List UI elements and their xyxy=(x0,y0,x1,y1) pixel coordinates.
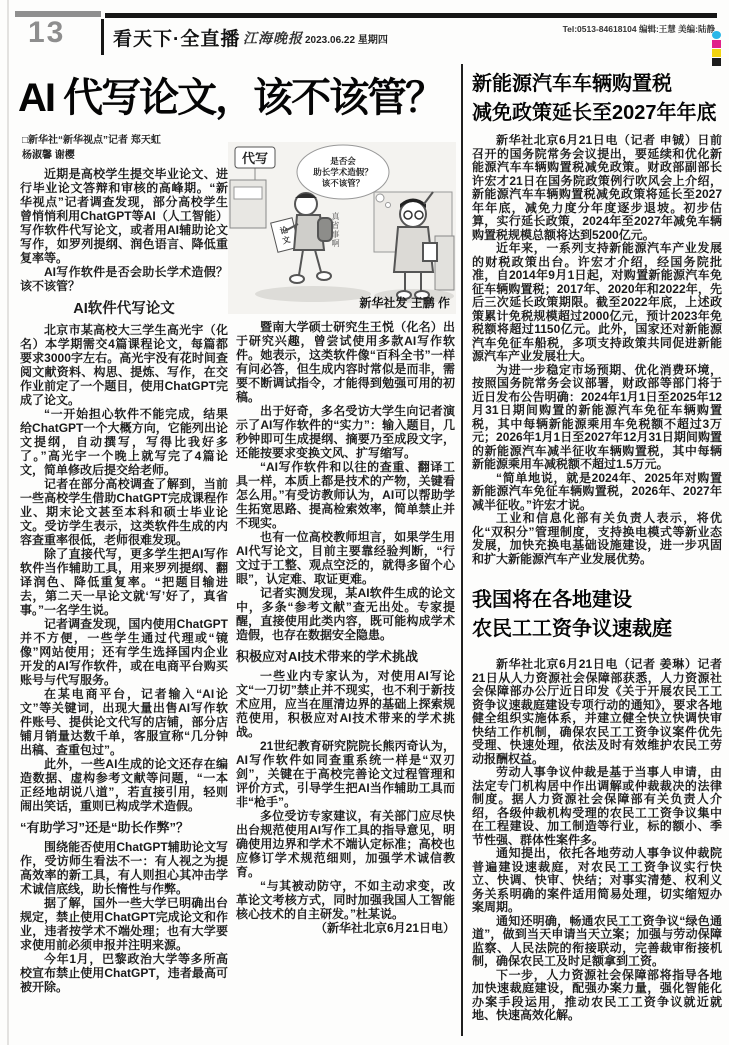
article-paragraph: 记者在部分高校调查了解到，当前一些高校学生借助ChatGPT完成课程作业、期末论… xyxy=(20,477,228,547)
right-article-1-headline: 新能源汽车车辆购置税 减免政策延长至2027年年底 xyxy=(472,70,724,128)
bubble-text-line2: 助长学术造假？ xyxy=(312,167,373,177)
editorial-cartoon: 代写 论 文 是否会 助长学术造假？ 该不该管？ xyxy=(228,142,456,314)
newspaper-page: { "header": { "page_number": "13", "sect… xyxy=(0,0,729,1045)
article-column-2: 暨南大学硕士研究生王悦（化名）出于研究兴趣，曾尝试使用多款AI写作软件。她表示，… xyxy=(236,320,455,1012)
article-paragraph: “与其被动防守，不如主动求变，改革论文考核方式，同时加强我国人工智能核心技术的自… xyxy=(236,879,455,921)
headline-line1: 新能源汽车车辆购置税 xyxy=(472,70,724,99)
article-paragraph: （新华社北京6月21日电） xyxy=(236,921,455,935)
article-paragraph: 也有一位高校教师坦言，如果学生用AI代写论文，目前主要靠经验判断，“行文过于工整… xyxy=(236,530,455,586)
article-paragraph: 暨南大学硕士研究生王悦（化名）出于研究兴趣，曾尝试使用多款AI写作软件。她表示，… xyxy=(236,320,455,404)
cartoon-caption: 新华社发 王鹏 作 xyxy=(359,295,450,310)
article-paragraph: 北京市某高校大三学生高光宇（化名）本学期需交4篇课程论文，每篇都要求3000字左… xyxy=(20,323,228,407)
article-paragraph: 近年来，一系列支持新能源汽车产业发展的财税政策出台。许宏才介绍，经国务院批准，自… xyxy=(472,242,722,364)
page-number: 13 xyxy=(28,16,65,50)
cartoon-sign-label: 代写 xyxy=(242,151,268,166)
article-paragraph: 工业和信息化部有关负责人表示，将优化“双积分”管理制度，支持换电模式等新业态发展… xyxy=(472,512,722,566)
article-paragraph: 围绕能否使用ChatGPT辅助论文写作，受访师生看法不一：有人视之为提高效率的新… xyxy=(20,840,228,896)
page-edge-line xyxy=(7,0,9,1045)
right-article-2-headline: 我国将在各地建设 农民工工资争议速裁庭 xyxy=(472,586,724,644)
article-paragraph: 除了直接代写，更多学生把AI写作软件当作辅助工具，用来罗列提纲、翻译润色、降低重… xyxy=(20,547,228,617)
article-paragraph: “有助学习”还是“助长作弊”？ xyxy=(20,821,228,835)
right-article-1-body: 新华社北京6月21日电（记者 申铖）日前召开的国务院常务会议提出，要延续和优化新… xyxy=(472,134,722,574)
article-paragraph: 出于好奇，多名受访大学生向记者演示了AI写作软件的“实力”：输入题目，几秒钟即可… xyxy=(236,404,455,460)
headline-line1: 我国将在各地建设 xyxy=(472,586,724,615)
bubble-text-line3: 该不该管？ xyxy=(322,178,365,188)
column-divider xyxy=(461,64,463,1036)
article-paragraph: 为进一步稳定市场预期、优化消费环境，按照国务院常务会议部署，财政部等部门将于近日… xyxy=(472,364,722,472)
article-paragraph: 今年1月，巴黎政治大学等多所高校宣布禁止使用ChatGPT，违者最高可被开除。 xyxy=(20,952,228,994)
header-divider xyxy=(101,19,104,55)
article-paragraph: 通知提出，依托各地劳动人事争议仲裁院普遍建设速裁庭，对农民工工资争议实行快立、快… xyxy=(472,847,722,915)
article-paragraph: AI软件代写论文 xyxy=(20,302,228,316)
article-paragraph: 此外，一些AI生成的论文还存在编造数据、虚构参考文献等问题，“一本正经地胡说八道… xyxy=(20,757,228,813)
cmyk-registration-mark xyxy=(711,30,722,67)
article-paragraph: 记者调查发现，国内使用ChatGPT并不方便，一些学生通过代理或“镜像”网站使用… xyxy=(20,617,228,687)
article-paragraph: 下一步，人力资源社会保障部将指导各地加快速裁庭建设，配强办案力量，强化智能化办案… xyxy=(472,969,722,1023)
article-paragraph: 据了解，国外一些大学已明确出台规定，禁止使用ChatGPT完成论文和作业，违者按… xyxy=(20,896,228,952)
magenta-mark xyxy=(712,40,721,48)
article-paragraph: 通知还明确，畅通农民工工资争议“绿色通道”，做到当天申请当天立案；加强与劳动保障… xyxy=(472,915,722,969)
masthead-contact: Tel:0513-84618104 编辑:王慧 美编:陆静 xyxy=(430,23,715,35)
article-paragraph: 记者实测发现，某AI软件生成的论文中，多条“参考文献”查无出处。专家提醒，直接使… xyxy=(236,586,455,642)
article-paragraph: “AI写作软件和以往的查重、翻译工具一样，本质上都是技术的产物，关键看怎么用。”… xyxy=(236,460,455,530)
black-mark xyxy=(712,58,721,66)
article-paragraph: 劳动人事争议仲裁是基于当事人申请，由法定专门机构居中作出调解或仲裁裁决的法律制度… xyxy=(472,766,722,847)
byline-line2: 杨淑馨 谢樱 xyxy=(22,148,227,163)
yellow-mark xyxy=(712,49,721,57)
headline-line2: 农民工工资争议速裁庭 xyxy=(472,615,724,644)
section-title: 看天下·全直播 xyxy=(113,24,240,51)
article-paragraph: 近期是高校学生提交毕业论文、进行毕业论文答辩和审核的高峰期。“新华视点”记者调查… xyxy=(20,167,228,265)
article-paragraph: 新华社北京6月21日电（记者 申铖）日前召开的国务院常务会议提出，要延续和优化新… xyxy=(472,134,722,242)
cartoon-drawing: 代写 论 文 是否会 助长学术造假？ 该不该管？ xyxy=(228,142,456,314)
cyan-mark xyxy=(712,31,721,39)
bubble-text-line1: 是否会 xyxy=(330,156,356,166)
paper-date: 2023.06.22 星期四 xyxy=(305,31,388,46)
article-paragraph: “一开始担心软件不能完成，结果给ChatGPT一个大概方向，它能列出论文提纲，自… xyxy=(20,407,228,477)
article-paragraph: “简单地说，就是2024年、2025年对购置新能源汽车免征车辆购置税，2026年… xyxy=(472,472,722,513)
article-paragraph: 在某电商平台，记者输入“AI论文”等关键词，出现大量出售AI写作软件账号、提供论… xyxy=(20,687,228,757)
article-column-1: 近期是高校学生提交毕业论文、进行毕业论文答辩和审核的高峰期。“新华视点”记者调查… xyxy=(20,167,228,1033)
article-paragraph: 一些业内专家认为，对使用AI写论文“一刀切”禁止并不现实，也不利于新技术应用，应… xyxy=(236,669,455,739)
article-paragraph: 21世纪教育研究院院长熊丙奇认为，AI写作软件如同查重系统一样是“双刃剑”，关键… xyxy=(236,739,455,809)
article-paragraph: 新华社北京6月21日电（记者 姜琳）记者21日从人力资源社会保障部获悉，人力资源… xyxy=(472,658,722,766)
article-paragraph: 积极应对AI技术带来的学术挑战 xyxy=(236,650,455,664)
paper-logo: 江海晚报 xyxy=(243,28,303,48)
article-paragraph: AI写作软件是否会助长学术造假？该不该管？ xyxy=(20,265,228,293)
cartoon-vertical-label: 真省事啊 xyxy=(330,212,341,248)
byline-line1: □新华社“新华视点”记者 郑天虹 xyxy=(22,133,227,148)
byline: □新华社“新华视点”记者 郑天虹 杨淑馨 谢樱 xyxy=(22,133,227,163)
main-headline: AI 代写论文，该不该管？ xyxy=(18,66,443,123)
header-black-bar xyxy=(105,13,717,18)
headline-line2: 减免政策延长至2027年年底 xyxy=(472,99,724,128)
right-article-2-body: 新华社北京6月21日电（记者 姜琳）记者21日从人力资源社会保障部获悉，人力资源… xyxy=(472,658,722,1032)
article-paragraph: 多位受访专家建议，有关部门应尽快出台规范使用AI写作工具的指导意见，明确使用边界… xyxy=(236,809,455,879)
